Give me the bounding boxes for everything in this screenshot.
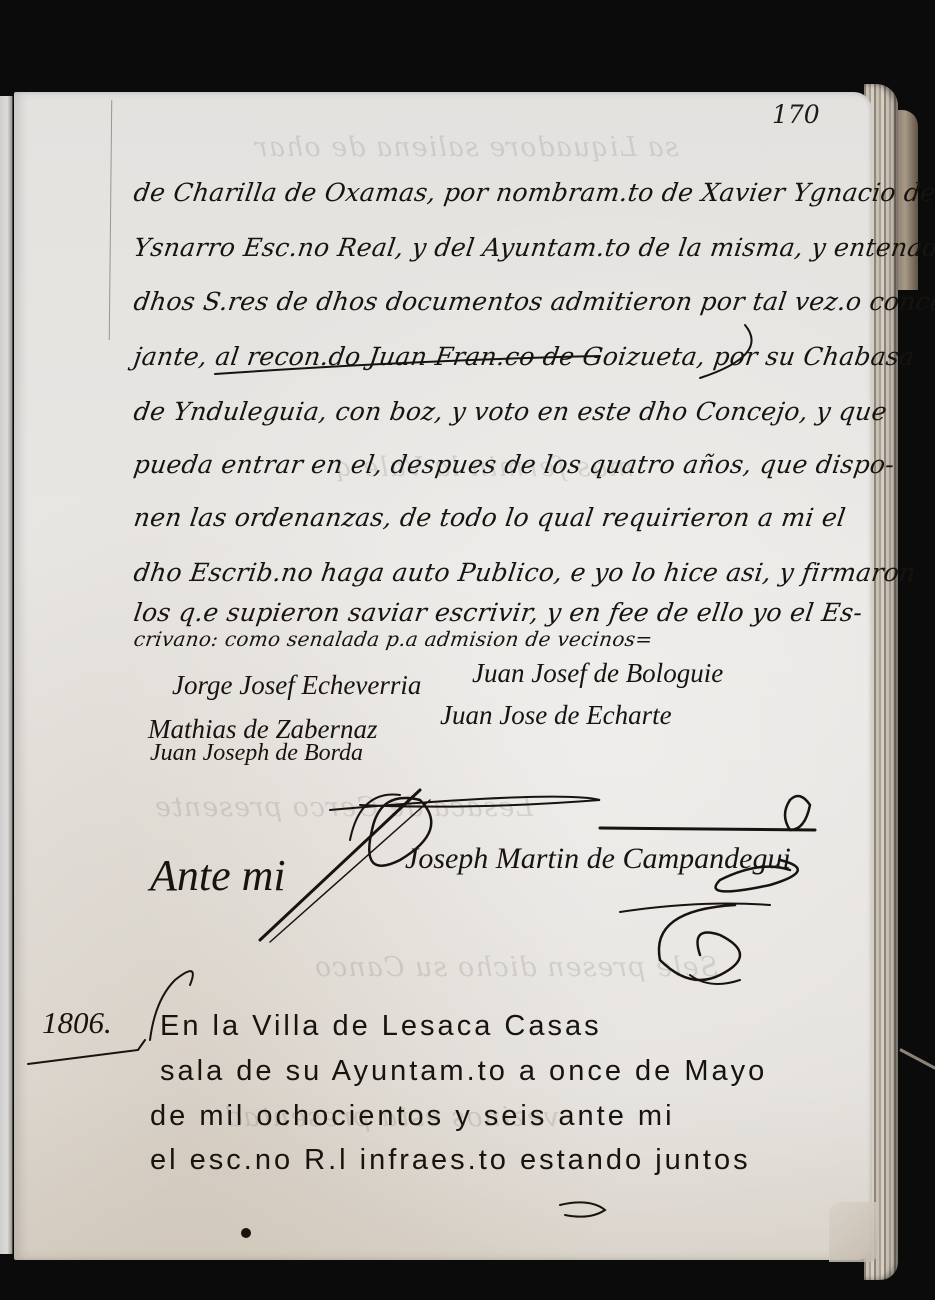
pen-flourishes (0, 0, 935, 1300)
manuscript-scan: sa Liquadore saliena de ohar mas fermin … (0, 0, 935, 1300)
